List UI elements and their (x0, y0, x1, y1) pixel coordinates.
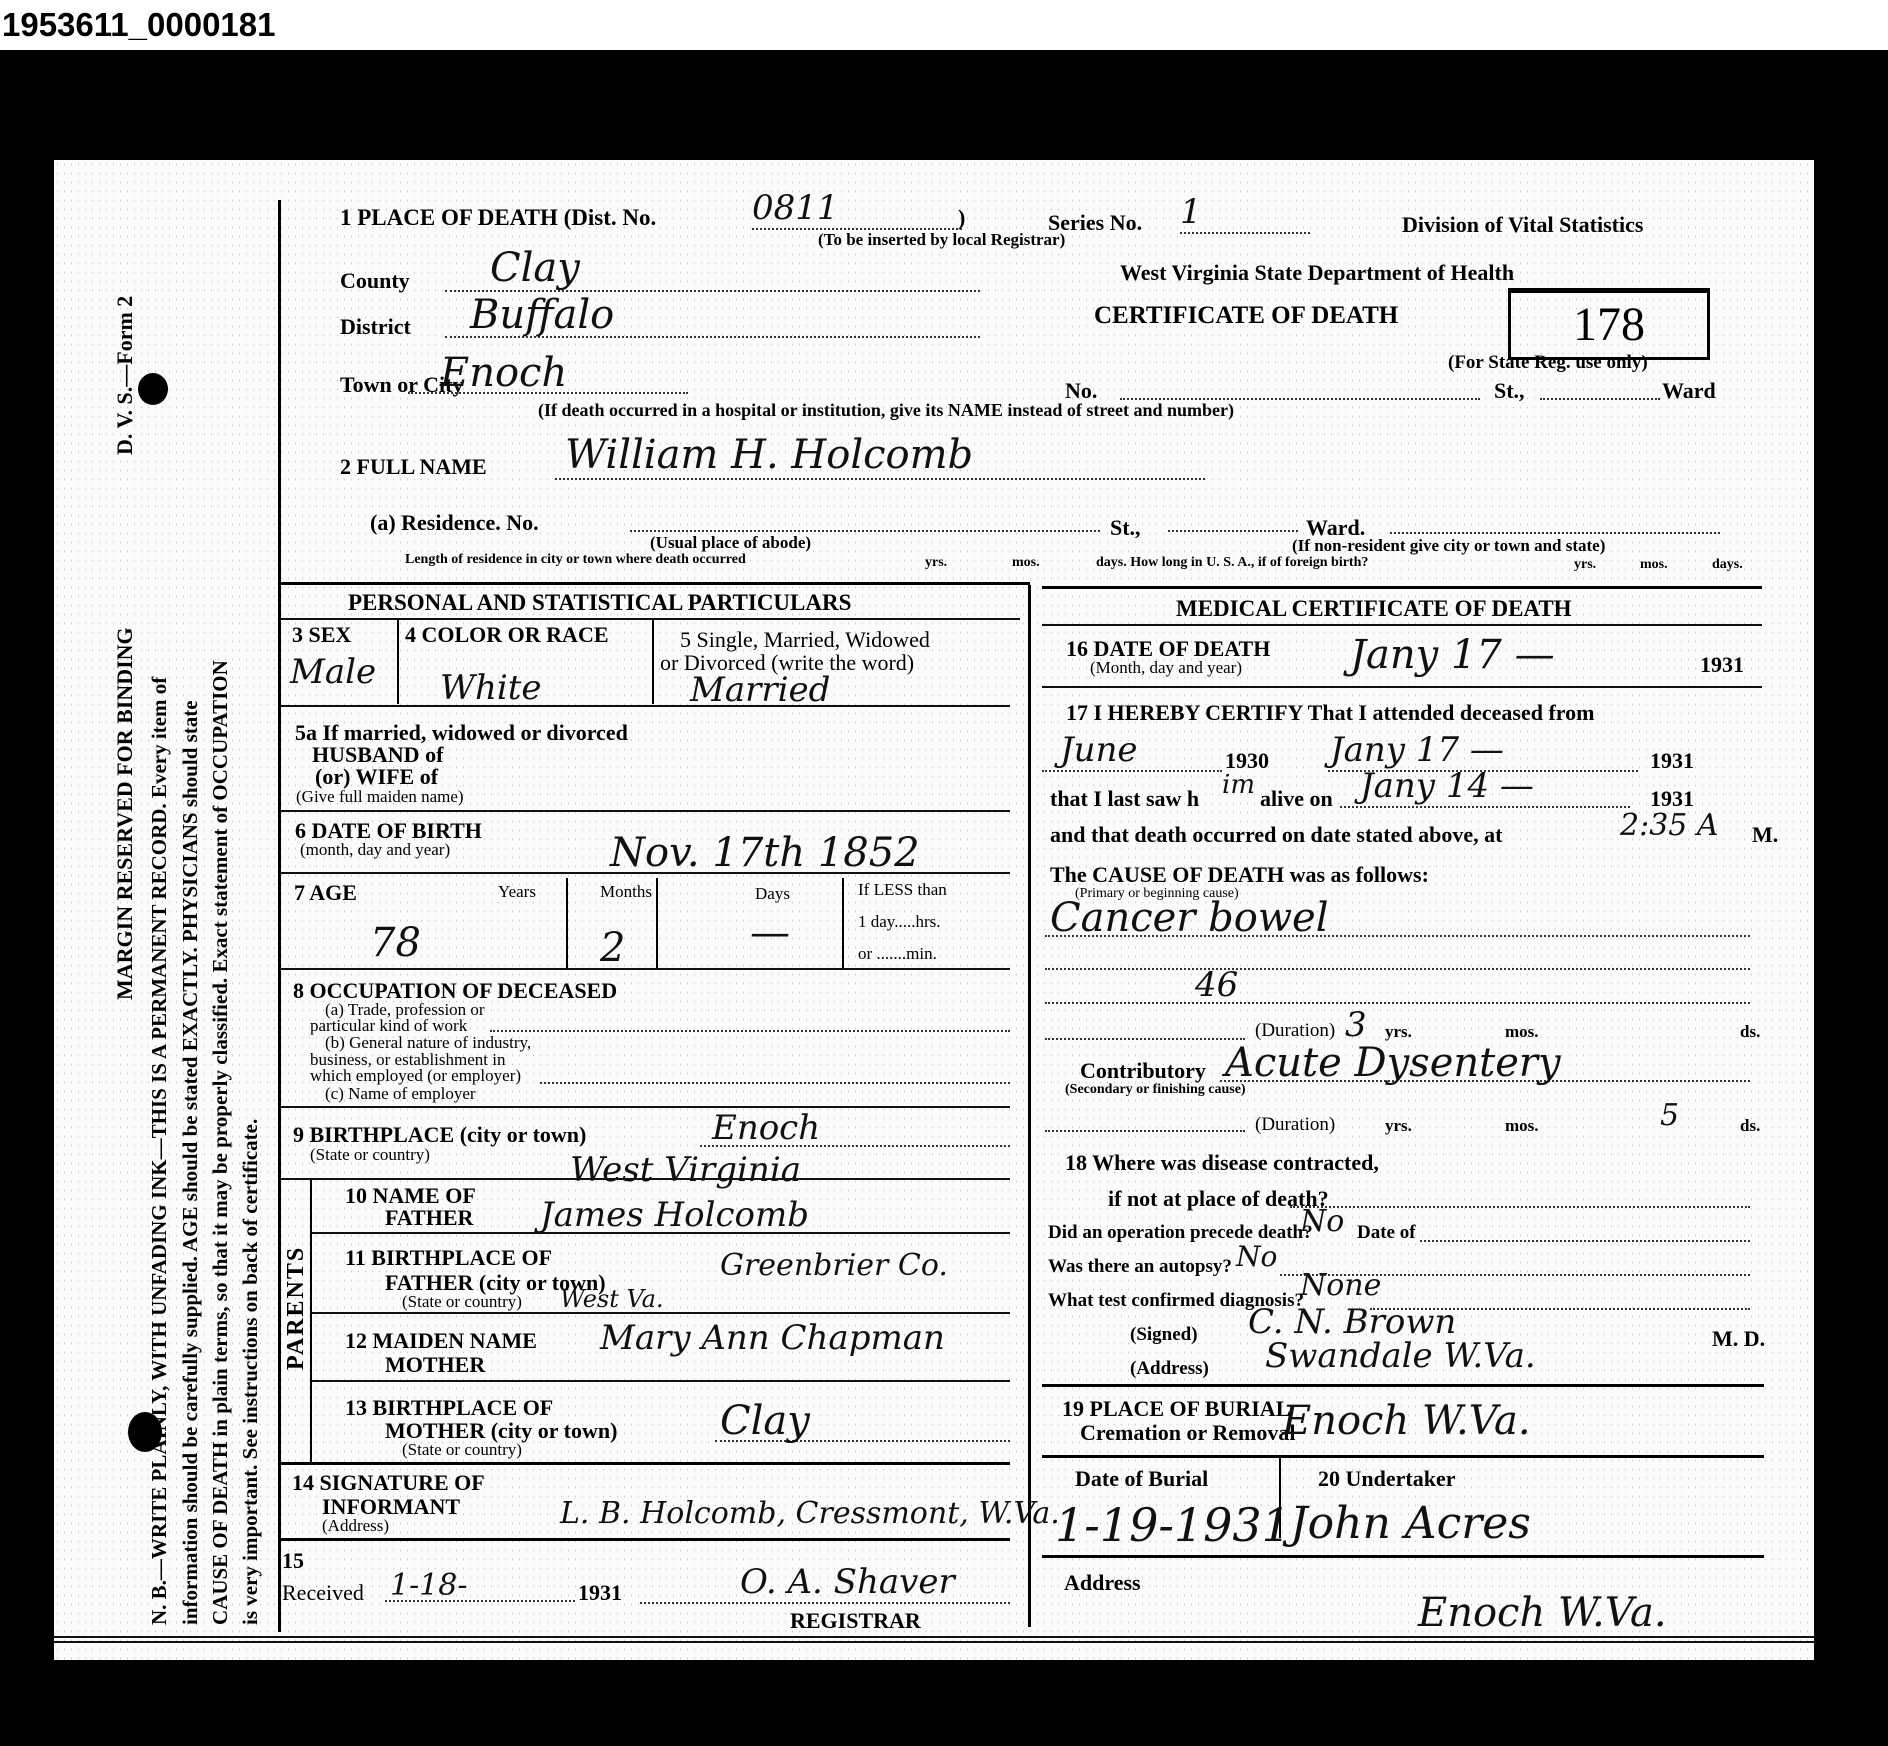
received-number: 15 (282, 1548, 304, 1574)
district-value: Buffalo (470, 292, 614, 338)
age-days-header: Days (755, 884, 790, 904)
contributory-cause-value: Acute Dysentery (1225, 1040, 1561, 1086)
disease-contracted-label-2: if not at place of death? (1108, 1186, 1329, 1212)
undertaker-label: 20 Undertaker (1318, 1466, 1455, 1492)
operation-date-label: Date of (1357, 1222, 1416, 1244)
physician-address-label: (Address) (1130, 1358, 1209, 1380)
ink-blot (138, 373, 168, 405)
marital-value: Married (690, 670, 830, 710)
father-birthplace-label-1: 11 BIRTHPLACE OF (345, 1245, 552, 1271)
medical-section-title: MEDICAL CERTIFICATE OF DEATH (1176, 596, 1572, 622)
race-label: 4 COLOR OR RACE (405, 622, 609, 648)
race-value: White (440, 668, 542, 708)
parents-label: PARENTS (283, 1246, 310, 1370)
informant-label-3: (Address) (322, 1516, 389, 1536)
spouse-label-4: (Give full maiden name) (296, 787, 464, 807)
duration-yrs-label: yrs. (1385, 1022, 1412, 1042)
date-of-death-value: Jany 17 — (1350, 632, 1555, 678)
registrar-label: REGISTRAR (790, 1608, 921, 1634)
father-name-value: James Holcomb (540, 1195, 809, 1235)
certificate-title: CERTIFICATE OF DEATH (1094, 302, 1398, 330)
abode-note: (Usual place of abode) (650, 533, 811, 553)
series-no-label: Series No. (1048, 210, 1142, 236)
autopsy-label: Was there an autopsy? (1048, 1256, 1232, 1278)
form-left-border (278, 200, 281, 1632)
duration-ds-label: ds. (1740, 1022, 1760, 1042)
ink-blot (128, 1412, 162, 1452)
margin-notice-line-1: N. B.—WRITE PLAINLY, WITH UNFADING INK—T… (147, 677, 172, 1625)
hospital-note: (If death occurred in a hospital or inst… (538, 400, 1234, 421)
age-days-value: — (750, 910, 790, 956)
series-no-value: 1 (1180, 192, 1202, 232)
last-saw-date-value: Jany 14 — (1360, 766, 1534, 806)
last-saw-him: im (1222, 770, 1255, 800)
margin-notice-line-4: is very important. See instructions on b… (238, 1119, 263, 1625)
margin-notice-line-3: CAUSE OF DEATH in plain terms, so that i… (208, 660, 233, 1625)
father-birthplace-city-value: Greenbrier Co. (720, 1248, 948, 1283)
dist-close-paren: ) (958, 205, 965, 231)
certify-label: 17 I HEREBY CERTIFY That I attended dece… (1066, 700, 1594, 726)
attended-to-year: 1931 (1650, 748, 1694, 774)
residence-yrs-label: yrs. (925, 555, 947, 571)
margin-form-number: D. V. S.—Form 2 (112, 296, 138, 455)
received-date-value: 1-18- (390, 1568, 468, 1603)
street-label: St., (1494, 378, 1525, 404)
age-months-value: 2 (600, 925, 625, 971)
less-than-label-1: If LESS than (858, 880, 947, 900)
received-label: Received (282, 1580, 364, 1606)
image-id-label: 1953611_0000181 (2, 6, 275, 44)
length-residence-label: Length of residence in city or town wher… (405, 552, 746, 568)
full-name-label: 2 FULL NAME (340, 454, 487, 480)
father-name-label-2: FATHER (385, 1205, 473, 1231)
cause-code-value: 46 (1195, 965, 1238, 1005)
occupation-c: (c) Name of employer (325, 1084, 476, 1104)
last-saw-label: that I last saw h (1050, 786, 1199, 812)
header-bar: 1953611_0000181 (0, 0, 1888, 50)
alive-on-label: alive on (1260, 786, 1333, 812)
disease-contracted-label-1: 18 Where was disease contracted, (1065, 1150, 1379, 1176)
mother-name-value: Mary Ann Chapman (600, 1318, 945, 1358)
town-value: Enoch (440, 350, 567, 396)
ward-label: Ward (1662, 378, 1716, 404)
date-of-death-year: 1931 (1700, 652, 1744, 678)
margin-notice-line-2: information should be carefully supplied… (178, 700, 203, 1625)
residence-label: (a) Residence. No. (370, 510, 539, 536)
county-label: County (340, 268, 410, 294)
personal-section-title: PERSONAL AND STATISTICAL PARTICULARS (348, 590, 851, 616)
dob-value: Nov. 17th 1852 (610, 830, 920, 876)
attended-to-value: Jany 17 — (1330, 730, 1504, 770)
father-birthplace-state-value: West Va. (560, 1285, 664, 1313)
less-than-label-2: 1 day.....hrs. (858, 912, 940, 932)
burial-date-value: 1-19-1931 (1055, 1498, 1291, 1552)
residence-mos-label: mos. (1012, 555, 1040, 571)
age-label: 7 AGE (294, 880, 357, 906)
cause-of-death-label: The CAUSE OF DEATH was as follows: (1050, 862, 1429, 888)
residence-st-label: St., (1110, 515, 1141, 541)
sex-label: 3 SEX (292, 622, 351, 648)
age-months-header: Months (600, 882, 652, 902)
department-title: West Virginia State Department of Health (1120, 260, 1514, 286)
contrib-mos-label: mos. (1505, 1116, 1539, 1136)
attended-from-value: June (1060, 730, 1138, 770)
sex-value: Male (290, 652, 376, 692)
mother-birthplace-label-3: (State or country) (402, 1440, 522, 1460)
primary-cause-value: Cancer bowel (1050, 895, 1329, 941)
physician-address-value: Swandale W.Va. (1265, 1336, 1536, 1376)
undertaker-address-value: Enoch W.Va. (1418, 1590, 1667, 1636)
undertaker-value: John Acres (1290, 1498, 1531, 1549)
autopsy-value: No (1236, 1240, 1277, 1273)
md-label: M. D. (1712, 1326, 1765, 1352)
age-years-header: Years (498, 882, 536, 902)
state-reg-number: 178 (1511, 297, 1707, 352)
burial-date-label: Date of Burial (1075, 1466, 1208, 1492)
contrib-ds-label: ds. (1740, 1116, 1760, 1136)
district-label: District (340, 314, 411, 340)
diagnosis-test-value: None (1300, 1268, 1381, 1303)
dob-sub-label: (month, day and year) (300, 840, 450, 860)
death-certificate-page (54, 160, 1814, 1660)
contrib-yrs-label: yrs. (1385, 1116, 1412, 1136)
state-reg-box: 178 (1508, 288, 1710, 360)
burial-place-value: Enoch W.Va. (1282, 1398, 1531, 1444)
mother-name-label-1: 12 MAIDEN NAME (345, 1328, 537, 1354)
registrar-signature: O. A. Shaver (740, 1562, 955, 1602)
operation-value: No (1300, 1204, 1344, 1239)
father-birthplace-label-3: (State or country) (402, 1292, 522, 1312)
county-value: Clay (490, 245, 580, 291)
foreign-birth-label: days. How long in U. S. A., if of foreig… (1096, 555, 1368, 571)
dist-no-note: (To be inserted by local Registrar) (818, 230, 1065, 250)
less-than-label-3: or .......min. (858, 944, 937, 964)
received-year: 1931 (578, 1580, 622, 1606)
birthplace-state-value: West Virginia (570, 1150, 801, 1190)
undertaker-address-label: Address (1064, 1570, 1141, 1596)
death-time-meridiem: M. (1752, 822, 1778, 848)
death-time-value: 2:35 A (1620, 808, 1719, 843)
birthplace-city-value: Enoch (712, 1108, 820, 1148)
birthplace-state-label: (State or country) (310, 1145, 430, 1165)
division-title: Division of Vital Statistics (1402, 212, 1643, 238)
margin-binding-text: MARGIN RESERVED FOR BINDING (112, 627, 138, 1000)
full-name-value: William H. Holcomb (565, 432, 973, 478)
state-reg-note: (For State Reg. use only) (1448, 352, 1648, 374)
death-time-label: and that death occurred on date stated a… (1050, 822, 1502, 848)
mother-birthplace-value: Clay (720, 1398, 810, 1444)
duration-years-value: 3 (1345, 1005, 1367, 1045)
age-years-value: 78 (370, 920, 421, 966)
usa-yrs-label: yrs. (1574, 557, 1596, 573)
contributory-label: Contributory (1080, 1058, 1206, 1084)
signed-label: (Signed) (1130, 1324, 1198, 1346)
dist-no-value: 0811 (752, 188, 839, 228)
usa-days-label: days. (1712, 557, 1743, 573)
duration-mos-label: mos. (1505, 1022, 1539, 1042)
mother-name-label-2: MOTHER (385, 1352, 485, 1378)
informant-value: L. B. Holcomb, Cressmont, W.Va. (560, 1496, 1060, 1531)
usa-mos-label: mos. (1640, 557, 1668, 573)
contrib-duration-days-value: 5 (1660, 1098, 1679, 1133)
contrib-duration-label: (Duration) (1255, 1114, 1335, 1136)
occupation-b3: which employed (or employer) (310, 1066, 521, 1086)
duration-label: (Duration) (1255, 1020, 1335, 1042)
burial-place-label-2: Cremation or Removal (1080, 1420, 1295, 1446)
contributory-sub: (Secondary or finishing cause) (1065, 1082, 1246, 1098)
place-of-death-label: 1 PLACE OF DEATH (Dist. No. (340, 205, 656, 231)
burial-place-label-1: 19 PLACE OF BURIAL (1062, 1396, 1290, 1422)
date-of-death-sub: (Month, day and year) (1090, 658, 1242, 678)
informant-label-1: 14 SIGNATURE OF (292, 1470, 485, 1496)
nonresident-note: (If non-resident give city or town and s… (1292, 536, 1605, 556)
